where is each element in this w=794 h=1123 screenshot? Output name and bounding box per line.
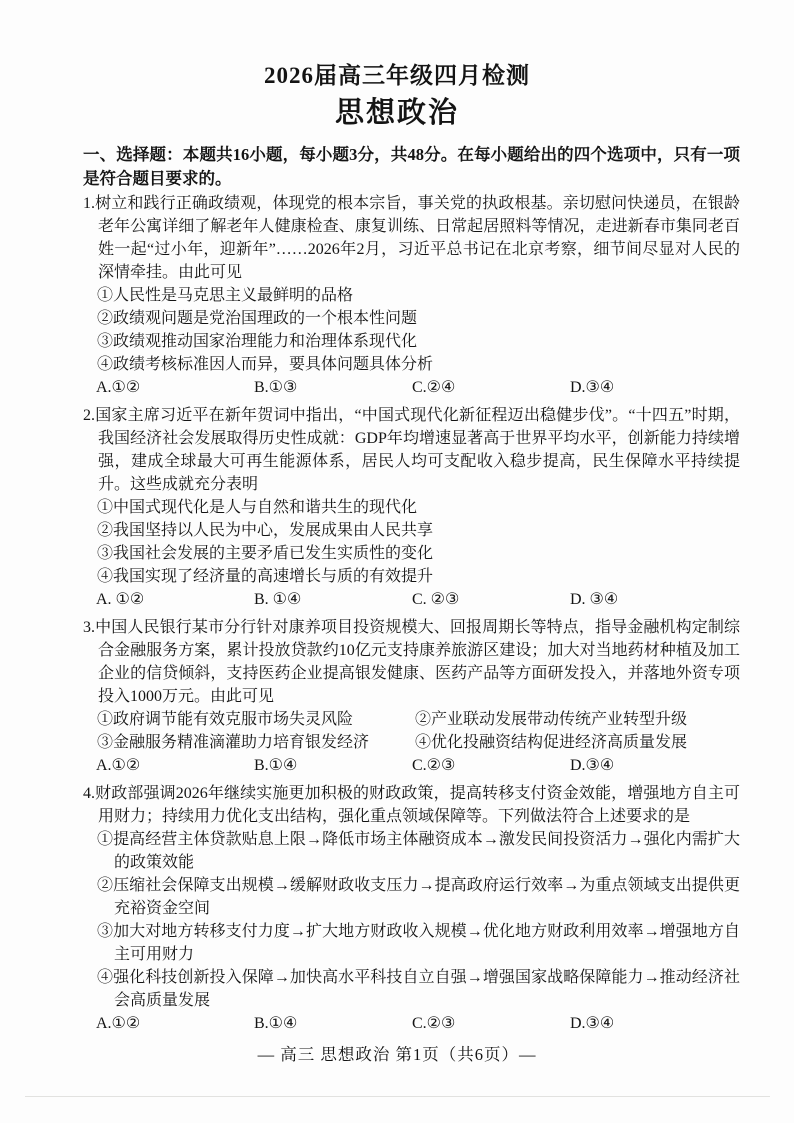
- option-item: ②我国坚持以人民为中心，发展成果由人民共享: [97, 519, 740, 542]
- question-stem: 4.财政部强调2026年继续实施更加积极的财政政策，提高转移支付资金效能，增强地…: [83, 782, 740, 828]
- option-item: ③政绩观推动国家治理能力和治理体系现代化: [97, 330, 740, 353]
- option-item: ③加大对地方转移支付力度→扩大地方财政收入规模→优化地方财政利用效率→增强地方自…: [97, 920, 740, 966]
- option-item: ④政绩考核标准因人而异，要具体问题具体分析: [97, 353, 740, 376]
- choices-row: A.①② B.①④ C.②③ D.③④: [96, 754, 740, 777]
- choices-row: A.①② B.①④ C.②③ D.③④: [96, 1012, 740, 1035]
- choice-a: A.①②: [96, 754, 254, 777]
- option-item: ①人民性是马克思主义最鲜明的品格: [97, 284, 740, 307]
- page-header: 2026届高三年级四月检测 思想政治: [0, 0, 794, 132]
- choice-c: C. ②③: [412, 588, 570, 611]
- scan-artifact-line: [25, 1096, 770, 1097]
- choice-b: B.①③: [254, 376, 412, 399]
- option-item: ①中国式现代化是人与自然和谐共生的现代化: [97, 496, 740, 519]
- question-stem: 1.树立和践行正确政绩观，体现党的根本宗旨，事关党的执政根基。亲切慰问快递员，在…: [83, 192, 740, 284]
- option-item: ④我国实现了经济量的高速增长与质的有效提升: [97, 565, 740, 588]
- option-item: ④强化科技创新投入保障→加快高水平科技自立自强→增强国家战略保障能力→推动经济社…: [97, 966, 740, 1012]
- choice-b: B. ①④: [254, 588, 412, 611]
- option-item: ④优化投融资结构促进经济高质量发展: [415, 731, 740, 754]
- exam-page: 2026届高三年级四月检测 思想政治 一、选择题：本题共16小题，每小题3分，共…: [0, 0, 794, 1123]
- choice-c: C.②③: [412, 1012, 570, 1035]
- section-header: 一、选择题：本题共16小题，每小题3分，共48分。在每小题给出的四个选项中，只有…: [83, 143, 740, 190]
- choice-d: D.③④: [570, 754, 614, 777]
- choice-d: D.③④: [570, 376, 614, 399]
- question-number: 2.: [83, 407, 95, 424]
- choice-b: B.①④: [254, 754, 412, 777]
- question-3: 3.中国人民银行某市分行针对康养项目投资规模大、回报周期长等特点，指导金融机构定…: [83, 616, 740, 777]
- question-2: 2.国家主席习近平在新年贺词中指出，“中国式现代化新征程迈出稳健步伐”。“十四五…: [83, 404, 740, 611]
- question-number: 1.: [83, 195, 95, 212]
- question-number: 4.: [83, 785, 95, 802]
- page-content: 一、选择题：本题共16小题，每小题3分，共48分。在每小题给出的四个选项中，只有…: [0, 132, 794, 1035]
- option-item: ①提高经营主体贷款贴息上限→降低市场主体融资成本→激发民间投资活力→强化内需扩大…: [97, 828, 740, 874]
- question-stem-text: 国家主席习近平在新年贺词中指出，“中国式现代化新征程迈出稳健步伐”。“十四五”时…: [95, 407, 740, 493]
- page-title: 2026届高三年级四月检测: [0, 60, 794, 92]
- page-footer-area: — 高三 思想政治 第1页（共6页）—: [0, 1043, 794, 1066]
- option-items-grid: ①政府调节能有效克服市场失灵风险 ②产业联动发展带动传统产业转型升级 ③金融服务…: [97, 708, 740, 754]
- option-item: ②产业联动发展带动传统产业转型升级: [415, 708, 740, 731]
- option-item: ③金融服务精准滴灌助力培育银发经济: [97, 731, 415, 754]
- question-1: 1.树立和践行正确政绩观，体现党的根本宗旨，事关党的执政根基。亲切慰问快递员，在…: [83, 192, 740, 399]
- choice-d: D.③④: [570, 1012, 614, 1035]
- choice-a: A. ①②: [96, 588, 254, 611]
- question-stem-text: 中国人民银行某市分行针对康养项目投资规模大、回报周期长等特点，指导金融机构定制综…: [95, 619, 740, 705]
- question-stem-text: 财政部强调2026年继续实施更加积极的财政政策，提高转移支付资金效能，增强地方自…: [95, 785, 740, 825]
- choices-row: A.①② B.①③ C.②④ D.③④: [96, 376, 740, 399]
- choices-row: A. ①② B. ①④ C. ②③ D. ③④: [96, 588, 740, 611]
- question-number: 3.: [83, 619, 95, 636]
- choice-b: B.①④: [254, 1012, 412, 1035]
- option-item: ①政府调节能有效克服市场失灵风险: [97, 708, 415, 731]
- question-4: 4.财政部强调2026年继续实施更加积极的财政政策，提高转移支付资金效能，增强地…: [83, 782, 740, 1035]
- choice-c: C.②④: [412, 376, 570, 399]
- choice-a: A.①②: [96, 376, 254, 399]
- option-item: ②政绩观问题是党治国理政的一个根本性问题: [97, 307, 740, 330]
- question-stem: 2.国家主席习近平在新年贺词中指出，“中国式现代化新征程迈出稳健步伐”。“十四五…: [83, 404, 740, 496]
- page-footer: — 高三 思想政治 第1页（共6页）—: [0, 1043, 794, 1066]
- choice-a: A.①②: [96, 1012, 254, 1035]
- choice-d: D. ③④: [570, 588, 618, 611]
- page-subtitle: 思想政治: [0, 94, 794, 132]
- question-stem: 3.中国人民银行某市分行针对康养项目投资规模大、回报周期长等特点，指导金融机构定…: [83, 616, 740, 708]
- choice-c: C.②③: [412, 754, 570, 777]
- question-stem-text: 树立和践行正确政绩观，体现党的根本宗旨，事关党的执政根基。亲切慰问快递员，在银龄…: [95, 195, 740, 281]
- option-item: ②压缩社会保障支出规模→缓解财政收支压力→提高政府运行效率→为重点领域支出提供更…: [97, 874, 740, 920]
- option-item: ③我国社会发展的主要矛盾已发生实质性的变化: [97, 542, 740, 565]
